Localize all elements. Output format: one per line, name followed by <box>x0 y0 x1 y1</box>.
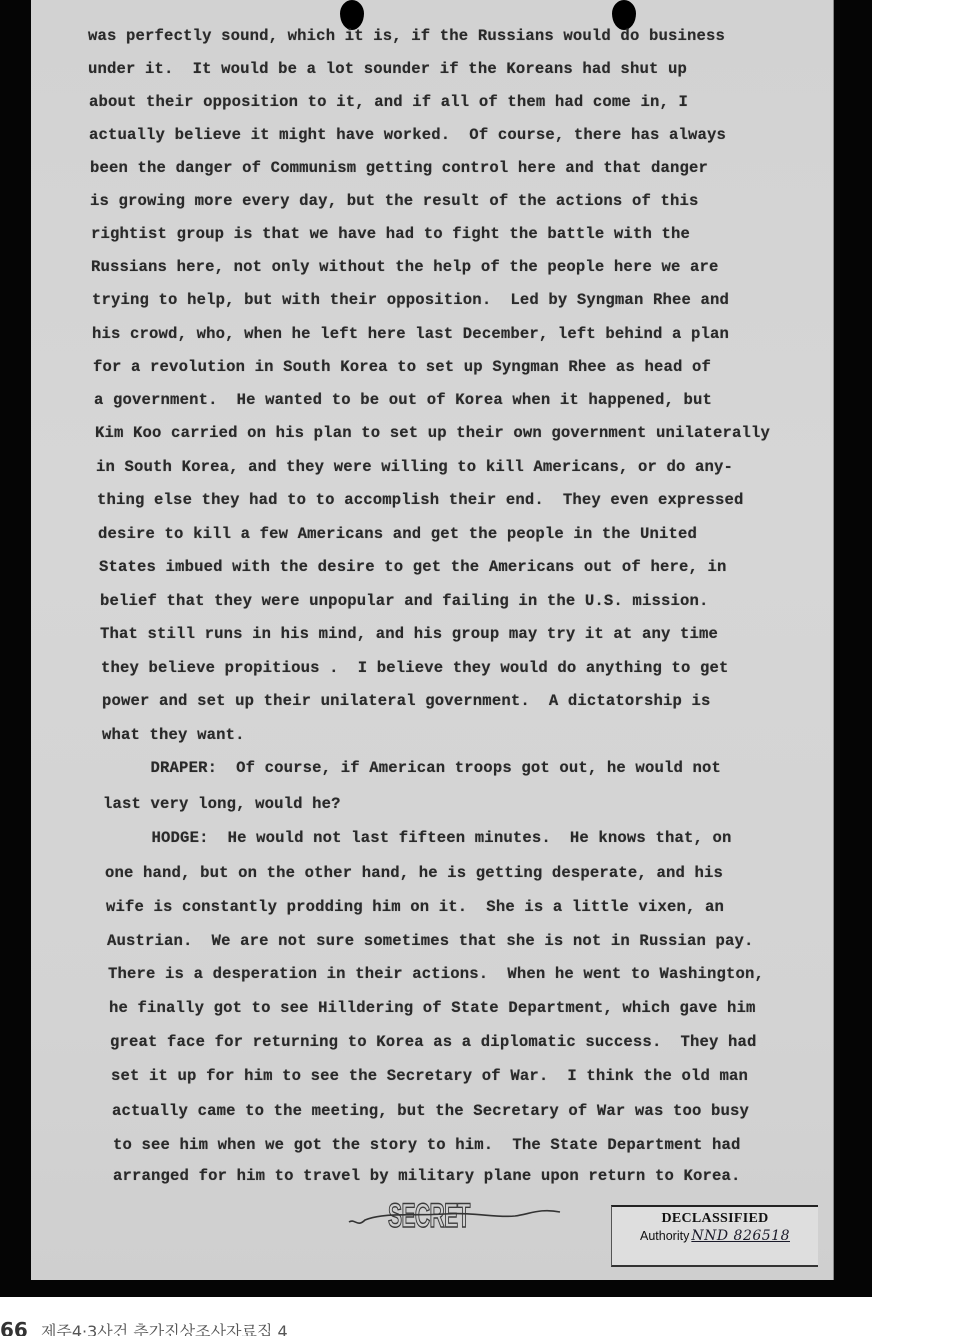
text-line: trying to help, but with their oppositio… <box>92 290 729 310</box>
authority-value: NND 826518 <box>691 1228 790 1244</box>
text-line: DRAPER: Of course, if American troops go… <box>103 758 721 778</box>
text-line: about their opposition to it, and if all… <box>89 92 688 112</box>
declassified-title: DECLASSIFIED <box>612 1211 818 1227</box>
authority-line: AuthorityNND 826518 <box>612 1228 818 1244</box>
text-line: great face for returning to Korea as a d… <box>110 1032 757 1052</box>
text-line: his crowd, who, when he left here last D… <box>92 324 729 344</box>
text-line: power and set up their unilateral govern… <box>102 691 711 711</box>
text-line: thing else they had to to accomplish the… <box>97 490 744 510</box>
text-line: set it up for him to see the Secretary o… <box>111 1066 748 1086</box>
text-line: they believe propitious . I believe they… <box>101 658 729 678</box>
text-line: was perfectly sound, which it is, if the… <box>88 26 725 46</box>
page-number: 66 <box>0 1318 28 1336</box>
text-line: There is a desperation in their actions.… <box>108 964 764 984</box>
document-page: was perfectly sound, which it is, if the… <box>31 0 834 1280</box>
text-line: wife is constantly prodding him on it. S… <box>106 897 724 917</box>
text-line: a government. He wanted to be out of Kor… <box>94 390 712 410</box>
text-line: in South Korea, and they were willing to… <box>96 457 733 477</box>
text-line: to see him when we got the story to him.… <box>113 1135 741 1155</box>
authority-label: Authority <box>640 1229 689 1243</box>
text-line: That still runs in his mind, and his gro… <box>100 624 718 644</box>
text-line: what they want. <box>102 725 245 745</box>
text-line: desire to kill a few Americans and get t… <box>98 524 697 544</box>
text-line: last very long, would he? <box>103 794 341 814</box>
text-line: rightist group is that we have had to fi… <box>91 224 690 244</box>
text-line: he finally got to see Hilldering of Stat… <box>109 998 756 1018</box>
text-line: for a revolution in South Korea to set u… <box>93 357 711 377</box>
text-line: under it. It would be a lot sounder if t… <box>88 59 687 79</box>
text-line: actually came to the meeting, but the Se… <box>112 1101 749 1121</box>
book-title: 제주4·3사건 추가진상조사자료집 4 <box>41 1322 288 1336</box>
strikethrough-line-icon <box>345 1200 565 1230</box>
declassified-stamp: DECLASSIFIED AuthorityNND 826518 <box>611 1205 818 1267</box>
text-line: Austrian. We are not sure sometimes that… <box>107 931 754 951</box>
scan-frame: was perfectly sound, which it is, if the… <box>0 0 872 1297</box>
text-line: one hand, but on the other hand, he is g… <box>105 863 723 883</box>
text-line: is growing more every day, but the resul… <box>90 191 699 211</box>
text-line: belief that they were unpopular and fail… <box>100 591 709 611</box>
text-line: Kim Koo carried on his plan to set up th… <box>95 423 770 443</box>
text-line: actually believe it might have worked. O… <box>89 125 726 145</box>
text-line: been the danger of Communism getting con… <box>90 158 708 178</box>
page-footer: 66 제주4·3사건 추가진상조사자료집 4 <box>0 1318 288 1336</box>
text-line: Russians here, not only without the help… <box>91 257 719 277</box>
text-line: States imbued with the desire to get the… <box>99 557 727 577</box>
text-line: arranged for him to travel by military p… <box>113 1166 741 1186</box>
text-line: HODGE: He would not last fifteen minutes… <box>104 828 732 848</box>
